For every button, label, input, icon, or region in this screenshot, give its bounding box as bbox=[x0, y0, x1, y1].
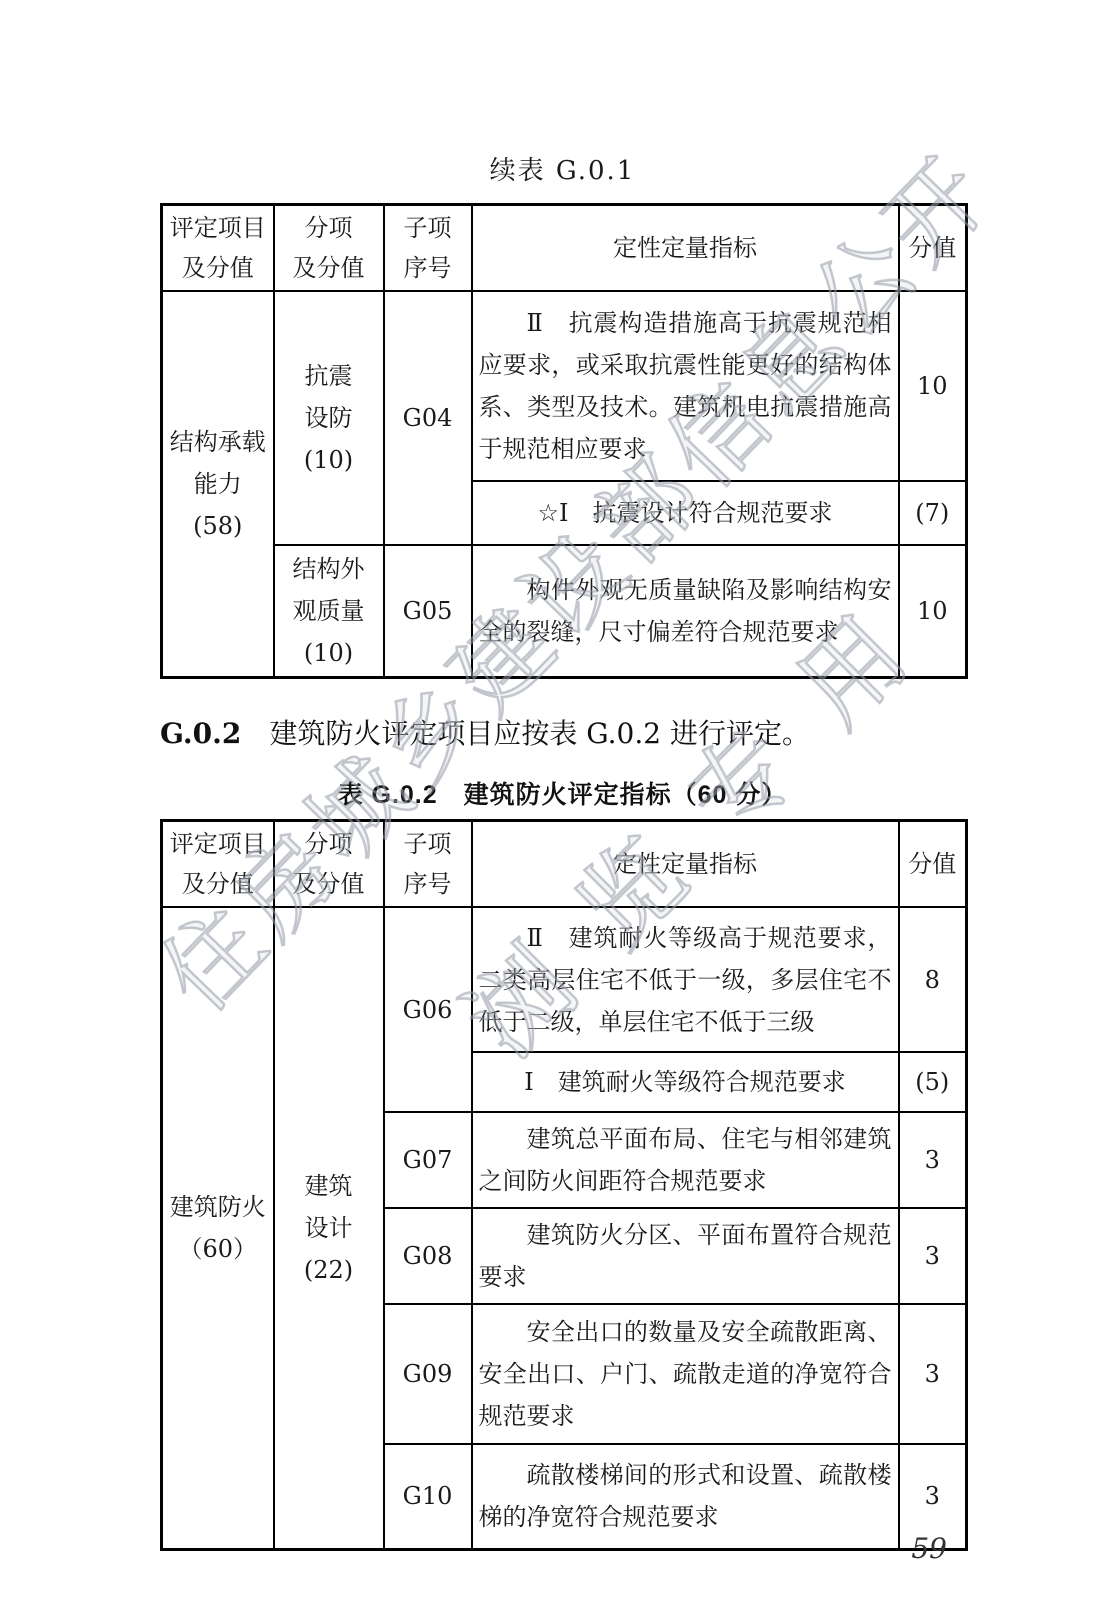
cell-indicator-g04-i: ☆Ⅰ 抗震设计符合规范要求 bbox=[472, 481, 899, 545]
cell-score-g04-ii: 10 bbox=[899, 291, 967, 481]
cell-item-structural: 结构承载 能力 (58) bbox=[162, 291, 274, 678]
clause-label: G.0.2 bbox=[160, 717, 241, 750]
cell-score-g07: 3 bbox=[899, 1112, 967, 1208]
header-indicator: 定性定量指标 bbox=[472, 205, 899, 292]
cell-indicator-g06-i: Ⅰ 建筑耐火等级符合规范要求 bbox=[472, 1052, 899, 1112]
cell-sub-appearance: 结构外 观质量 (10) bbox=[274, 545, 384, 678]
cell-score-g09: 3 bbox=[899, 1304, 967, 1444]
cell-indicator-g05: 构件外观无质量缺陷及影响结构安全的裂缝，尺寸偏差符合规范要求 bbox=[472, 545, 899, 678]
table-g02: 评定项目 及分值 分项 及分值 子项 序号 定性定量指标 分值 建筑防火 （60… bbox=[160, 819, 968, 1551]
cell-score-g04-i: (7) bbox=[899, 481, 967, 545]
cell-code-g07: G07 bbox=[384, 1112, 472, 1208]
header-indicator: 定性定量指标 bbox=[472, 821, 899, 908]
cell-indicator-g07: 建筑总平面布局、住宅与相邻建筑之间防火间距符合规范要求 bbox=[472, 1112, 899, 1208]
table-g01: 评定项目 及分值 分项 及分值 子项 序号 定性定量指标 分值 结构承载 能力 … bbox=[160, 203, 968, 679]
clause-text: 建筑防火评定项目应按表 G.0.2 进行评定。 bbox=[269, 717, 810, 750]
document-page: 续表 G.0.1 评定项目 及分值 分项 及分值 子项 序号 定性定量指标 分值… bbox=[160, 0, 965, 1551]
table-row: 结构外 观质量 (10) G05 构件外观无质量缺陷及影响结构安全的裂缝，尺寸偏… bbox=[162, 545, 967, 678]
table-g02-header-row: 评定项目 及分值 分项 及分值 子项 序号 定性定量指标 分值 bbox=[162, 821, 967, 908]
header-score: 分值 bbox=[899, 205, 967, 292]
cell-sub-seismic: 抗震 设防 (10) bbox=[274, 291, 384, 545]
header-sub: 分项 及分值 bbox=[274, 821, 384, 908]
cell-score-g08: 3 bbox=[899, 1208, 967, 1304]
table-g02-caption: 表 G.0.2 建筑防火评定指标（60 分） bbox=[160, 775, 965, 811]
cell-indicator-g09: 安全出口的数量及安全疏散距离、安全出口、户门、疏散走道的净宽符合规范要求 bbox=[472, 1304, 899, 1444]
cell-code-g08: G08 bbox=[384, 1208, 472, 1304]
cell-code-g10: G10 bbox=[384, 1444, 472, 1549]
table-row: 结构承载 能力 (58) 抗震 设防 (10) G04 Ⅱ 抗震构造措施高于抗震… bbox=[162, 291, 967, 481]
cell-code-g04: G04 bbox=[384, 291, 472, 545]
clause-g02: G.0.2建筑防火评定项目应按表 G.0.2 进行评定。 bbox=[160, 713, 965, 755]
header-score: 分值 bbox=[899, 821, 967, 908]
cell-score-g06-i: (5) bbox=[899, 1052, 967, 1112]
cell-code-g05: G05 bbox=[384, 545, 472, 678]
header-sub: 分项 及分值 bbox=[274, 205, 384, 292]
cell-score-g05: 10 bbox=[899, 545, 967, 678]
table-g01-header-row: 评定项目 及分值 分项 及分值 子项 序号 定性定量指标 分值 bbox=[162, 205, 967, 292]
cell-indicator-g08: 建筑防火分区、平面布置符合规范要求 bbox=[472, 1208, 899, 1304]
table-row: 建筑防火 （60） 建筑 设计 (22) G06 Ⅱ 建筑耐火等级高于规范要求，… bbox=[162, 907, 967, 1052]
header-code: 子项 序号 bbox=[384, 205, 472, 292]
header-item: 评定项目 及分值 bbox=[162, 205, 274, 292]
page-number: 59 bbox=[911, 1532, 947, 1565]
table-g01-title: 续表 G.0.1 bbox=[160, 0, 965, 187]
cell-indicator-g04-ii: Ⅱ 抗震构造措施高于抗震规范相应要求，或采取抗震性能更好的结构体系、类型及技术。… bbox=[472, 291, 899, 481]
cell-code-g06: G06 bbox=[384, 907, 472, 1112]
header-code: 子项 序号 bbox=[384, 821, 472, 908]
cell-sub-design: 建筑 设计 (22) bbox=[274, 907, 384, 1549]
cell-indicator-g10: 疏散楼梯间的形式和设置、疏散楼梯的净宽符合规范要求 bbox=[472, 1444, 899, 1549]
cell-code-g09: G09 bbox=[384, 1304, 472, 1444]
cell-indicator-g06-ii: Ⅱ 建筑耐火等级高于规范要求，二类高层住宅不低于一级，多层住宅不低于二级，单层住… bbox=[472, 907, 899, 1052]
cell-item-fire: 建筑防火 （60） bbox=[162, 907, 274, 1549]
cell-score-g06-ii: 8 bbox=[899, 907, 967, 1052]
header-item: 评定项目 及分值 bbox=[162, 821, 274, 908]
